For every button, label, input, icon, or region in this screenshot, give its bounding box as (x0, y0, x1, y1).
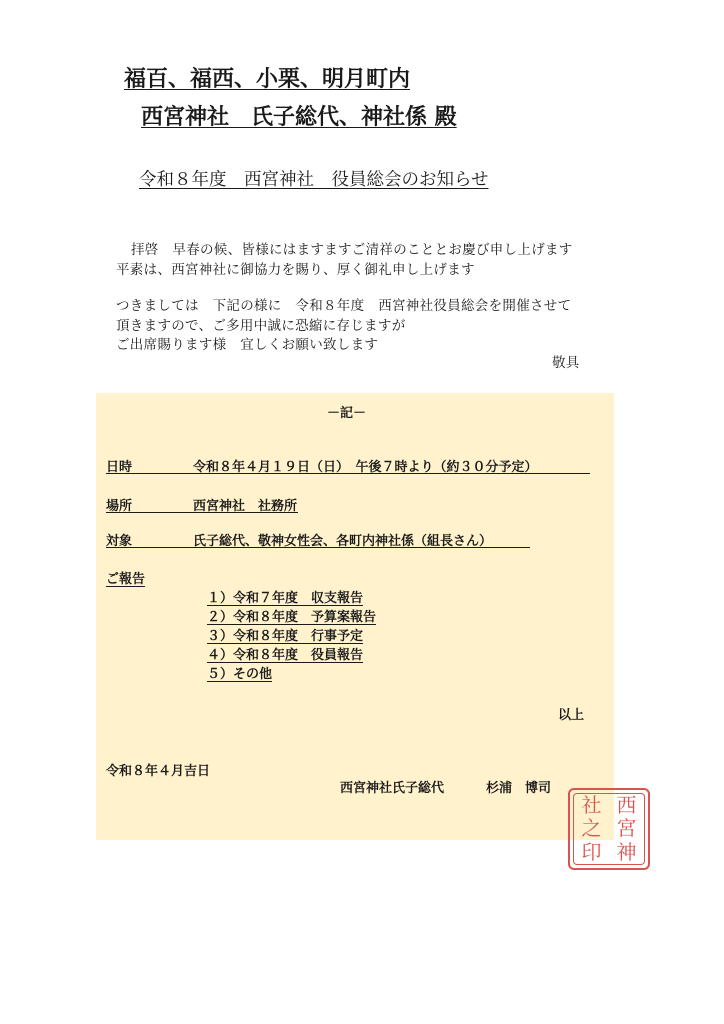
seal-char: 之 (574, 817, 609, 840)
recipient-line-2: 西宮神社 氏子総代、神社係 殿 (141, 100, 457, 131)
report-item-5: ５）その他 (207, 663, 272, 682)
details-box: －記－ 日時 令和８年４月１９日（日） 午後７時より（約３０分予定） 場所 西宮… (96, 393, 614, 840)
report-item-2: ２）令和８年度 予算案報告 (207, 606, 376, 625)
request-line-3: ご出席賜ります様 宜しくお願い致します (116, 333, 378, 353)
signature-org: 西宮神社氏子総代 (340, 777, 444, 796)
datetime-underline (106, 473, 590, 474)
request-line-1: つきましては 下記の様に 令和８年度 西宮神社役員総会を開催させて (116, 294, 571, 314)
request-line-2: 頂きますので、ご多用中誠に恐縮に存じますが (116, 314, 406, 334)
issue-date: 令和８年４月吉日 (106, 760, 210, 779)
report-item-3: ３）令和８年度 行事予定 (207, 625, 363, 644)
place-underline (106, 512, 298, 513)
report-item-4: ４）令和８年度 役員報告 (207, 644, 363, 663)
closing-keigu: 敬具 (552, 351, 580, 371)
details-heading: －記－ (327, 402, 366, 421)
document-title: 令和８年度 西宮神社 役員総会のお知らせ (139, 166, 488, 191)
greeting-line-2: 平素は、西宮神社に御協力を賜り、厚く御礼申し上げます (116, 258, 475, 278)
reports-label: ご報告 (106, 568, 145, 587)
recipient-line-1: 福百、福西、小栗、明月町内 (124, 62, 410, 93)
seal-char: 宮 (609, 817, 644, 840)
target-underline (106, 547, 530, 548)
shrine-seal-stamp: 社 西 之 宮 印 神 (568, 788, 650, 870)
end-mark: 以上 (558, 704, 584, 723)
signature-name: 杉浦 博司 (486, 777, 551, 796)
seal-char: 西 (609, 794, 644, 817)
report-item-1: １）令和７年度 収支報告 (207, 587, 363, 606)
seal-char: 印 (574, 841, 609, 864)
greeting-line-1: 拝啓 早春の候、皆様にはますますご清祥のこととお慶び申し上げます (131, 238, 573, 258)
seal-char: 神 (609, 841, 644, 864)
seal-char: 社 (574, 794, 609, 817)
